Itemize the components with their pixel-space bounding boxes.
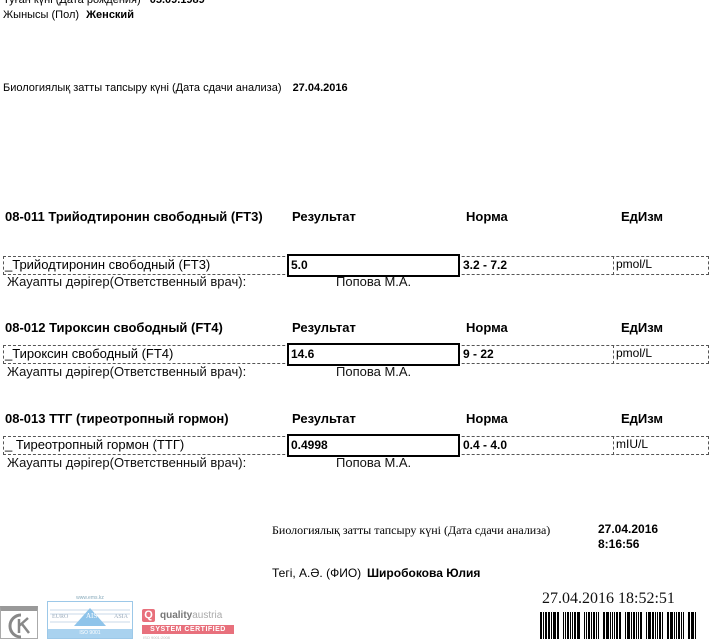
barcode (540, 612, 709, 639)
sample-date-label: Биологиялық затты тапсыру күні (Дата сда… (3, 82, 282, 94)
test-result: 14.6 (287, 343, 460, 366)
test-unit: mIU/L (613, 436, 709, 455)
asia-text: ASIA (114, 614, 128, 620)
column-norm: Норма (466, 209, 508, 224)
test-title: 08-012 Тироксин свободный (FT4) (5, 320, 223, 336)
column-result: Результат (292, 411, 356, 426)
birth-date-label: Туған күні (Дата рождения) (3, 0, 141, 6)
test-row: _ Тиреотропный гормон (ТТГ) 0.4998 0.4 -… (3, 436, 709, 455)
doctor-name: Попова М.А. (336, 455, 411, 470)
brand-light: austria (192, 610, 222, 621)
sample-date-value: 27.04.2016 (293, 82, 348, 94)
column-unit: ЕдИзм (621, 209, 663, 224)
test-title: 08-011 Трийодтиронин свободный (FT3) (5, 209, 275, 225)
test-unit: pmol/L (613, 345, 709, 364)
kz-conformity-logo (0, 606, 38, 639)
column-unit: ЕдИзм (621, 320, 663, 335)
birth-date-value: 05.09.1989 (150, 0, 205, 6)
brand-bold: quality (160, 610, 192, 621)
doctor-name: Попова М.А. (336, 364, 411, 379)
test-name: _Трийодтиронин свободный (FT3) (3, 256, 286, 275)
fio-label: Тегі, А.Ә. (ФИО) (272, 566, 361, 580)
test-norm: 9 - 22 (461, 346, 494, 363)
footer-sample-time: 8:16:56 (598, 537, 639, 552)
doctor-name: Попова М.А. (336, 274, 411, 289)
test-result: 0.4998 (287, 434, 460, 457)
system-certified-strip: SYSTEM CERTIFIED (142, 625, 234, 634)
test-name: _Тироксин свободный (FT4) (3, 345, 286, 364)
test-norm: 3.2 - 7.2 (461, 257, 507, 274)
test-title: 08-013 ТТГ (тиреотропный гормон) (5, 411, 229, 427)
column-result: Результат (292, 320, 356, 335)
column-unit: ЕдИзм (621, 411, 663, 426)
test-row: _Трийодтиронин свободный (FT3) 5.0 3.2 -… (3, 256, 709, 275)
ais-text: AIS (86, 612, 97, 620)
column-result: Результат (292, 209, 356, 224)
euro-asia-logo: www.ems.kz EURO AIS ASIA ISO 9001 (47, 595, 133, 639)
q-icon: Q (142, 609, 155, 622)
euro-text: EURO (52, 614, 68, 620)
footer-sample-label: Биологиялық затты тапсыру күні (Дата сда… (272, 523, 550, 538)
sex-label: Жынысы (Пол) (3, 9, 79, 21)
qa-iso-text: ISO 9001:2008 (143, 635, 170, 639)
test-unit: pmol/L (613, 256, 709, 275)
iso-9001-strip: ISO 9001 (48, 629, 132, 638)
doctor-label: Жауапты дәрігер(Ответственный врач): (7, 455, 246, 470)
quality-austria-brand: qualityaustria (160, 610, 222, 621)
test-name: _ Тиреотропный гормон (ТТГ) (3, 436, 286, 455)
sample-date-line: Биологиялық затты тапсыру күні (Дата сда… (3, 82, 348, 94)
doctor-label: Жауапты дәрігер(Ответственный врач): (7, 274, 246, 289)
sex-value: Женский (86, 9, 134, 21)
birth-date-line: Туған күні (Дата рождения) 05.09.1989 (3, 0, 205, 6)
footer-sample-date: 27.04.2016 (598, 522, 658, 537)
test-norm: 0.4 - 4.0 (461, 437, 507, 454)
kz-mark-icon (1, 611, 37, 639)
test-row: _Тироксин свободный (FT4) 14.6 9 - 22 pm… (3, 345, 709, 364)
print-timestamp: 27.04.2016 18:52:51 (542, 590, 675, 608)
doctor-label: Жауапты дәрігер(Ответственный врач): (7, 364, 246, 379)
column-norm: Норма (466, 411, 508, 426)
fio-value: Широбокова Юлия (367, 566, 480, 580)
quality-austria-logo: Q qualityaustria SYSTEM CERTIFIED ISO 90… (141, 608, 235, 639)
column-norm: Норма (466, 320, 508, 335)
sex-line: Жынысы (Пол) Женский (3, 9, 134, 21)
